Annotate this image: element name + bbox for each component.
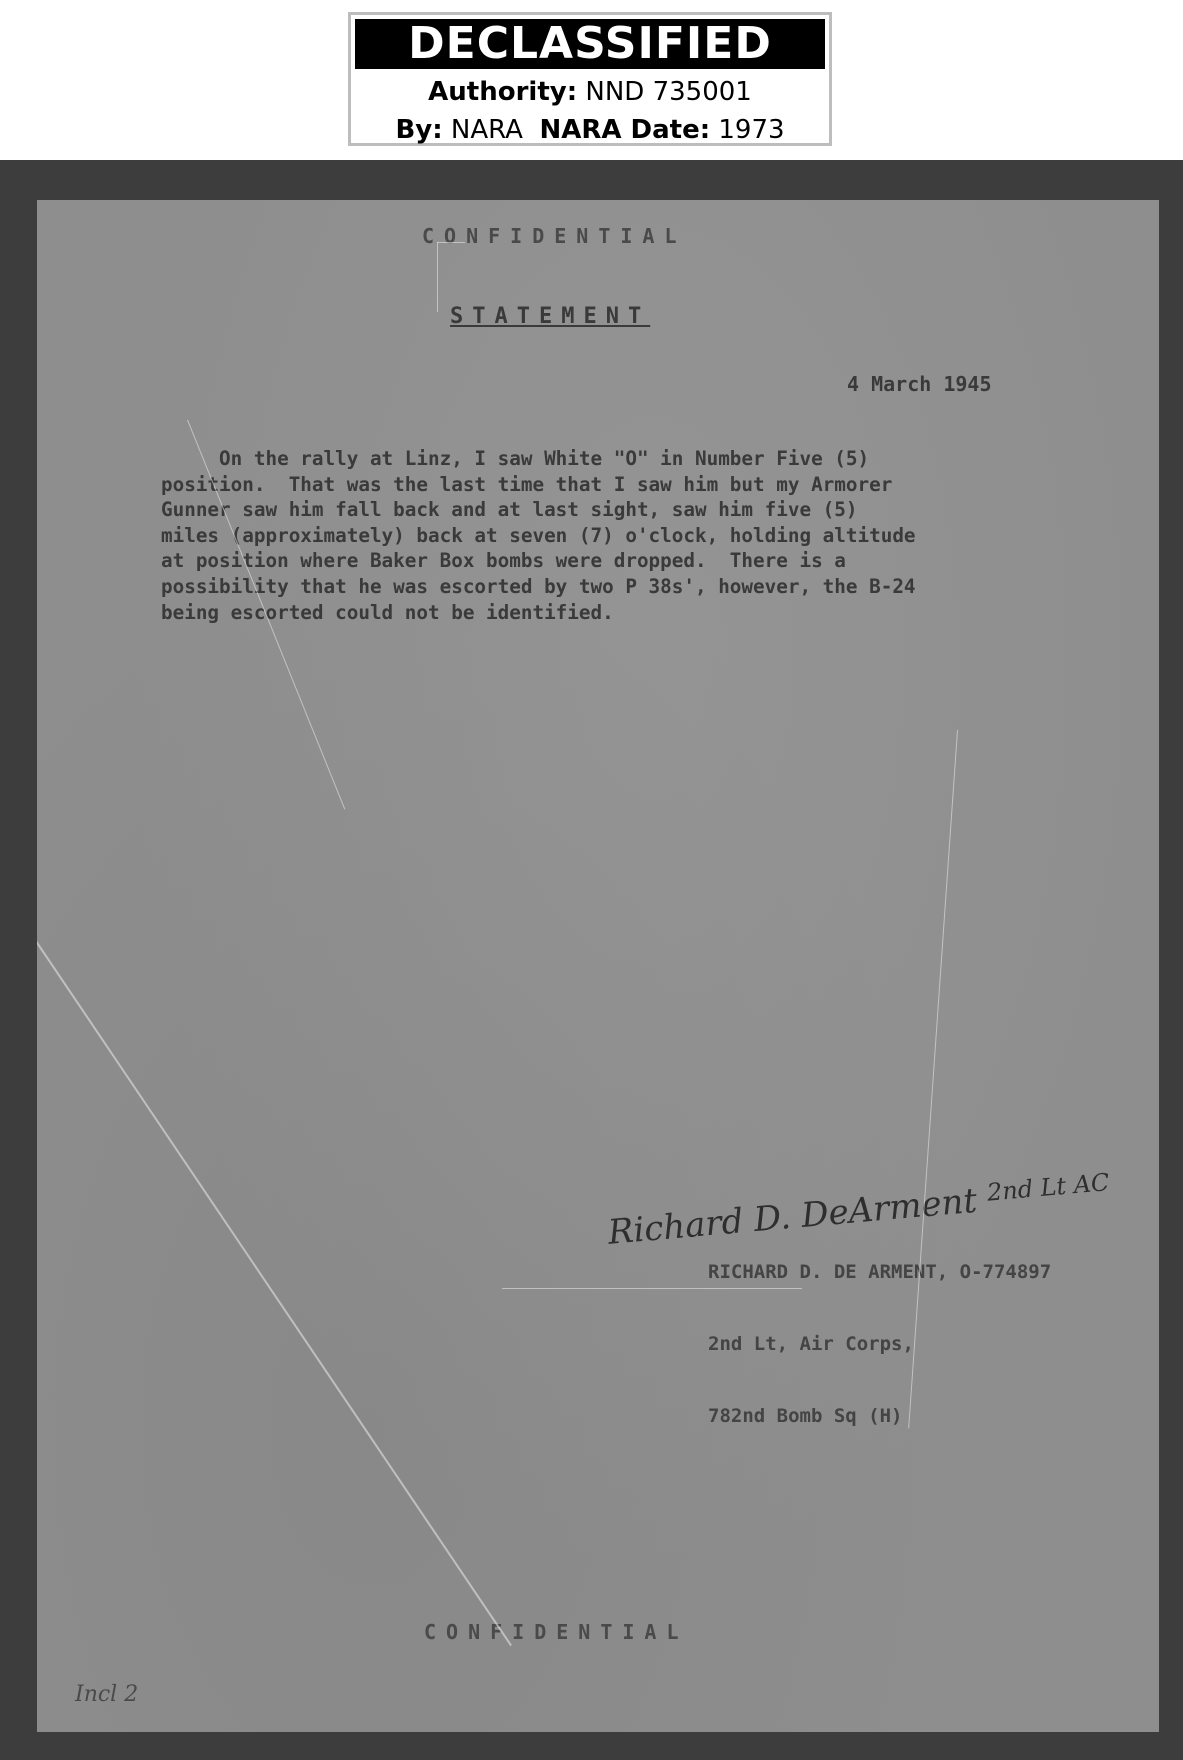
nara-date-label: NARA Date: <box>539 115 710 145</box>
scan-scratch <box>37 899 512 1646</box>
scan-scratch <box>502 1288 802 1289</box>
by-label: By: <box>395 115 442 145</box>
document-page: CONFIDENTIAL STATEMENT 4 March 1945 On t… <box>37 200 1159 1732</box>
body-line: position. That was the last time that I … <box>161 472 1121 498</box>
signer-rank: 2nd Lt, Air Corps, <box>708 1332 1051 1356</box>
body-line: Gunner saw him fall back and at last sig… <box>161 497 1121 523</box>
scan-scratch <box>437 242 438 312</box>
classification-header: CONFIDENTIAL <box>422 224 687 248</box>
authority-value: NND 735001 <box>585 77 751 107</box>
document-date: 4 March 1945 <box>847 372 992 396</box>
body-line: miles (approximately) back at seven (7) … <box>161 523 1121 549</box>
body-line: at position where Baker Box bombs were d… <box>161 548 1121 574</box>
scanned-document-frame: CONFIDENTIAL STATEMENT 4 March 1945 On t… <box>0 160 1183 1760</box>
scan-scratch <box>437 242 465 243</box>
body-line: being escorted could not be identified. <box>161 600 1121 626</box>
nara-date-value: 1973 <box>718 115 784 145</box>
body-line: On the rally at Linz, I saw White "O" in… <box>161 446 1121 472</box>
document-heading: STATEMENT <box>450 304 650 329</box>
signature-block: RICHARD D. DE ARMENT, O-774897 2nd Lt, A… <box>708 1212 1051 1476</box>
body-line: possibility that he was escorted by two … <box>161 574 1121 600</box>
stamp-authority: Authority: NND 735001 <box>351 77 829 107</box>
signature-rank: 2nd Lt AC <box>986 1168 1111 1207</box>
authority-label: Authority: <box>428 77 577 107</box>
stamp-title: DECLASSIFIED <box>355 19 825 69</box>
enclosure-note: Incl 2 <box>75 1682 138 1707</box>
declassified-stamp: DECLASSIFIED Authority: NND 735001 By: N… <box>348 12 832 146</box>
classification-footer: CONFIDENTIAL <box>424 1620 689 1644</box>
signer-name: RICHARD D. DE ARMENT, O-774897 <box>708 1260 1051 1284</box>
stamp-by-date: By: NARA NARA Date: 1973 <box>351 115 829 145</box>
signer-unit: 782nd Bomb Sq (H) <box>708 1404 1051 1428</box>
statement-body: On the rally at Linz, I saw White "O" in… <box>161 446 1121 625</box>
by-value: NARA <box>451 115 523 145</box>
